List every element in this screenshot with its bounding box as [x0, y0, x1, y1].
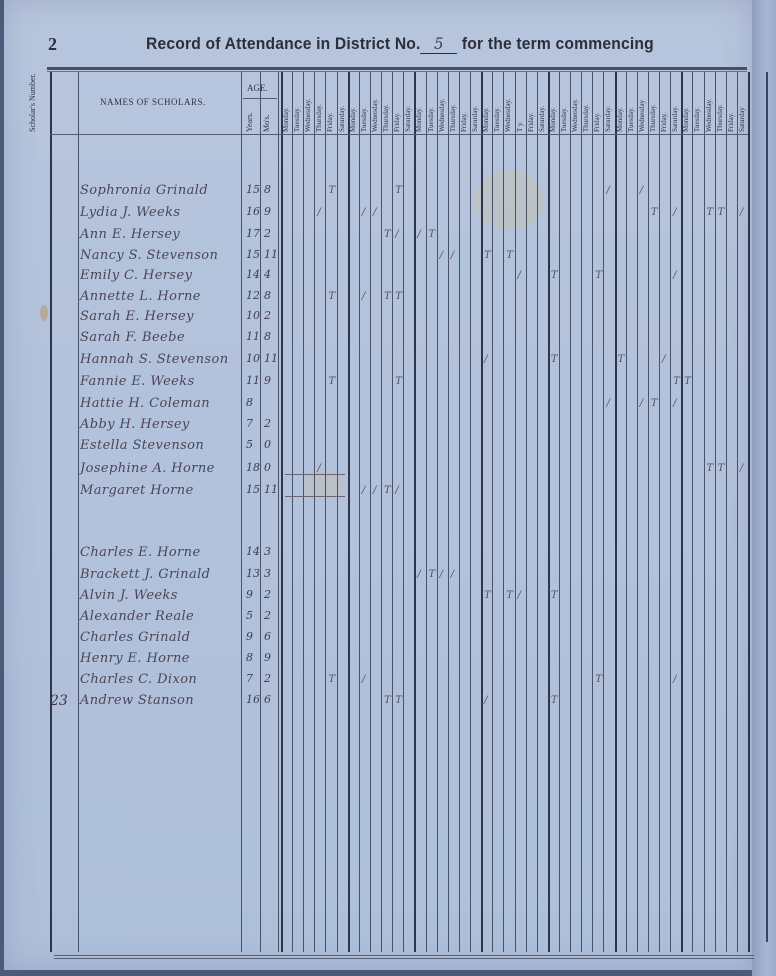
day-header: Saturday.	[471, 76, 479, 132]
attendance-mark: T	[673, 376, 680, 387]
age-years: 5	[246, 609, 253, 622]
age-years: 8	[246, 396, 253, 409]
attendance-mark: T	[328, 291, 335, 302]
day-column-rule	[648, 72, 649, 952]
age-months: 3	[264, 567, 271, 580]
age-years: 18	[246, 461, 260, 474]
day-column-rule	[626, 72, 627, 952]
scholar-row: Charles Grinald96	[0, 630, 776, 650]
attendance-mark: /	[451, 569, 454, 580]
attendance-mark: /	[417, 569, 420, 580]
day-header: Monday.	[282, 76, 290, 132]
attendance-mark: /	[606, 185, 609, 196]
age-months: 2	[264, 588, 271, 601]
day-header: Friday.	[593, 76, 601, 132]
scholar-row: Sophronia Grinald158	[0, 183, 776, 203]
attendance-mark: T	[684, 376, 691, 387]
day-header: T y.	[516, 76, 524, 132]
scholar-name: Josephine A. Horne	[80, 461, 215, 476]
scholar-name: Lydia J. Weeks	[80, 205, 180, 220]
attendance-mark: T	[707, 207, 714, 218]
attendance-mark: /	[673, 398, 676, 409]
age-months: 2	[264, 672, 271, 685]
attendance-mark: /	[395, 485, 398, 496]
attendance-mark: T	[328, 674, 335, 685]
day-header: Monday.	[682, 76, 690, 132]
scholar-name: Emily C. Hersey	[80, 268, 192, 283]
attendance-mark: T	[618, 354, 625, 365]
attendance-mark: T	[651, 398, 658, 409]
footer-rule-thin	[54, 958, 754, 959]
day-header: Wednesday.	[571, 76, 579, 132]
attendance-mark: T	[395, 291, 402, 302]
age-years: 10	[246, 309, 260, 322]
attendance-mark: T	[384, 485, 391, 496]
scholar-name: Abby H. Hersey	[80, 417, 190, 432]
age-years: 15	[246, 483, 260, 496]
age-years: 15	[246, 248, 260, 261]
attendance-mark: /	[362, 674, 365, 685]
attendance-mark: /	[451, 250, 454, 261]
attendance-mark: T	[718, 463, 725, 474]
day-column-rule	[726, 72, 727, 952]
age-years: 16	[246, 693, 260, 706]
scholar-name: Ann E. Hersey	[80, 227, 180, 242]
attendance-mark: T	[551, 270, 558, 281]
scholar-row: Henry E. Horne89	[0, 651, 776, 671]
attendance-mark: T	[328, 376, 335, 387]
page-number: 2	[48, 34, 57, 55]
day-column-rule	[548, 72, 550, 952]
attendance-mark: T	[395, 695, 402, 706]
scholar-name: Charles C. Dixon	[80, 672, 197, 687]
attendance-mark: /	[518, 270, 521, 281]
attendance-mark: /	[440, 569, 443, 580]
day-column-rule	[448, 72, 449, 952]
scholar-row: Abby H. Hersey72	[0, 417, 776, 437]
attendance-mark: /	[606, 398, 609, 409]
day-column-rule	[481, 72, 483, 952]
scholar-row: Emily C. Hersey144	[0, 268, 776, 288]
attendance-mark: /	[373, 485, 376, 496]
scholar-number-header: Scholar's Number.	[28, 82, 37, 132]
day-column-rule	[281, 72, 283, 952]
attendance-mark: T	[484, 250, 491, 261]
day-column-rule	[637, 72, 638, 952]
attendance-mark: /	[673, 270, 676, 281]
attendance-mark: T	[707, 463, 714, 474]
day-header: Friday.	[527, 76, 535, 132]
scholar-name: Hattie H. Coleman	[80, 396, 210, 411]
scholar-row: Fannie E. Weeks119	[0, 374, 776, 394]
attendance-mark: /	[673, 674, 676, 685]
age-months: 2	[264, 609, 271, 622]
scholar-row: Lydia J. Weeks169	[0, 205, 776, 225]
day-column-rule	[537, 72, 538, 952]
day-column-rule	[615, 72, 617, 952]
scholar-name: Fannie E. Weeks	[80, 374, 195, 389]
age-months: 6	[264, 693, 271, 706]
attendance-mark: T	[395, 185, 402, 196]
day-column-rule	[737, 72, 738, 952]
column-rule	[241, 72, 242, 952]
strike-line	[285, 474, 345, 475]
title-suffix: for the term commencing	[462, 34, 654, 53]
attendance-mark: T	[651, 207, 658, 218]
day-header: Thursday.	[449, 76, 457, 132]
day-column-rule	[381, 72, 382, 952]
day-column-rule	[414, 72, 416, 952]
day-column-rule	[603, 72, 604, 952]
day-header: Tuesday.	[693, 76, 701, 132]
age-months: 2	[264, 309, 271, 322]
day-header: Friday.	[727, 76, 735, 132]
age-years: 10	[246, 352, 260, 365]
age-months: 4	[264, 268, 271, 281]
age-months: 11	[264, 248, 278, 261]
age-months: 8	[264, 183, 271, 196]
age-years: 12	[246, 289, 260, 302]
day-header: Wednesday.	[371, 76, 379, 132]
age-years: 14	[246, 268, 260, 281]
attendance-mark: /	[317, 207, 320, 218]
district-number: 5	[421, 34, 458, 54]
attendance-mark: /	[417, 229, 420, 240]
age-months: 11	[264, 483, 278, 496]
day-column-rule	[459, 72, 460, 952]
age-years: 15	[246, 183, 260, 196]
scholar-row: Alexander Reale52	[0, 609, 776, 629]
day-column-rule	[515, 72, 516, 952]
day-column-rule	[592, 72, 593, 952]
age-years: 11	[246, 330, 260, 343]
years-header: Years.	[245, 104, 254, 132]
scholar-name: Sophronia Grinald	[80, 183, 208, 198]
age-years: 13	[246, 567, 260, 580]
scholar-name: Annette L. Horne	[80, 289, 201, 304]
scholar-name: Charles Grinald	[80, 630, 190, 645]
attendance-mark: T	[595, 270, 602, 281]
attendance-mark: /	[440, 250, 443, 261]
attendance-mark: T	[429, 569, 436, 580]
age-months: 8	[264, 330, 271, 343]
names-header: NAMES OF SCHOLARS.	[100, 97, 206, 107]
attendance-mark: /	[662, 354, 665, 365]
age-years: 17	[246, 227, 260, 240]
day-column-rule	[503, 72, 504, 952]
day-column-rule	[526, 72, 527, 952]
day-header: Thursday.	[716, 76, 724, 132]
day-column-rule	[403, 72, 404, 952]
day-header: Monday.	[482, 76, 490, 132]
attendance-mark: T	[395, 376, 402, 387]
scholar-row: Sarah E. Hersey102	[0, 309, 776, 329]
day-column-rule	[292, 72, 293, 952]
attendance-mark: T	[429, 229, 436, 240]
day-header: Thursday.	[315, 76, 323, 132]
day-column-rule	[303, 72, 304, 952]
scholar-number: 23	[50, 693, 68, 709]
day-column-rule	[492, 72, 493, 952]
header-rule	[47, 67, 747, 70]
age-months: 11	[264, 352, 278, 365]
attendance-mark: /	[317, 463, 320, 474]
attendance-mark: T	[506, 590, 513, 601]
day-column-rule	[470, 72, 471, 952]
age-years: 5	[246, 438, 253, 451]
day-column-rule	[692, 72, 693, 952]
day-header: Monday.	[349, 76, 357, 132]
day-column-rule	[426, 72, 427, 952]
scholar-name: Margaret Horne	[80, 483, 194, 498]
age-months: 9	[264, 205, 271, 218]
day-column-rule	[359, 72, 360, 952]
attendance-mark: /	[362, 291, 365, 302]
age-months: 6	[264, 630, 271, 643]
day-column-rule	[715, 72, 716, 952]
age-years: 16	[246, 205, 260, 218]
day-header: Wednesday.	[304, 76, 312, 132]
scholar-row: Charles E. Horne143	[0, 545, 776, 565]
day-column-rule	[570, 72, 571, 952]
day-header: Wednesday.	[705, 76, 713, 132]
scholar-name: Sarah F. Beebe	[80, 330, 185, 345]
age-separator	[243, 98, 277, 99]
scholar-name: Hannah S. Stevenson	[80, 352, 229, 367]
strike-line	[285, 496, 345, 497]
day-header: Tuesday.	[360, 76, 368, 132]
age-years: 7	[246, 417, 253, 430]
scholar-row: Charles C. Dixon72	[0, 672, 776, 692]
attendance-mark: T	[551, 354, 558, 365]
day-column-rule	[392, 72, 393, 952]
title-prefix: Record of Attendance in District No.	[146, 34, 421, 53]
day-column-rule	[748, 72, 750, 952]
day-column-rule	[348, 72, 350, 952]
day-header: Saturday.	[538, 76, 546, 132]
day-header: Friday.	[393, 76, 401, 132]
day-header: Thursday.	[582, 76, 590, 132]
attendance-mark: T	[384, 229, 391, 240]
day-header: Saturday	[738, 76, 746, 132]
day-column-rule	[314, 72, 315, 952]
attendance-mark: T	[718, 207, 725, 218]
scholar-name: Sarah E. Hersey	[80, 309, 194, 324]
attendance-mark: /	[740, 463, 743, 474]
day-column-rule	[581, 72, 582, 952]
scholar-name: Andrew Stanson	[80, 693, 194, 708]
scholar-row: Brackett J. Grinald133	[0, 567, 776, 587]
scholar-name: Charles E. Horne	[80, 545, 201, 560]
day-column-rule	[704, 72, 705, 952]
age-months: 9	[264, 651, 271, 664]
attendance-mark: /	[740, 207, 743, 218]
attendance-mark: T	[384, 695, 391, 706]
attendance-mark: T	[384, 291, 391, 302]
attendance-mark: T	[328, 185, 335, 196]
day-column-rule	[659, 72, 660, 952]
day-column-rule	[559, 72, 560, 952]
day-header: Tuesday.	[627, 76, 635, 132]
scholar-row: Estella Stevenson50	[0, 438, 776, 458]
day-header: Saturday.	[404, 76, 412, 132]
day-header: Saturday.	[604, 76, 612, 132]
age-years: 9	[246, 630, 253, 643]
attendance-mark: /	[484, 354, 487, 365]
attendance-mark: /	[518, 590, 521, 601]
day-header: Monday.	[616, 76, 624, 132]
day-header: Friday.	[460, 76, 468, 132]
attendance-mark: /	[673, 207, 676, 218]
attendance-mark: /	[362, 207, 365, 218]
scholar-row: Hannah S. Stevenson1011	[0, 352, 776, 372]
scholar-name: Brackett J. Grinald	[80, 567, 210, 582]
scholar-name: Estella Stevenson	[80, 438, 204, 453]
column-rule	[50, 72, 52, 952]
column-rule	[78, 72, 79, 952]
age-months: 3	[264, 545, 271, 558]
attendance-mark: T	[484, 590, 491, 601]
column-rule	[278, 72, 279, 952]
scholar-name: Henry E. Horne	[80, 651, 190, 666]
months-header: Mo's.	[262, 104, 271, 132]
scholar-row: Josephine A. Horne180	[0, 461, 776, 481]
day-header: Tuesday.	[427, 76, 435, 132]
day-column-rule	[437, 72, 438, 952]
age-months: 2	[264, 227, 271, 240]
day-header: Saturday.	[338, 76, 346, 132]
day-header: Tuesday.	[293, 76, 301, 132]
age-months: 0	[264, 461, 271, 474]
attendance-mark: /	[362, 485, 365, 496]
attendance-mark: /	[484, 695, 487, 706]
attendance-mark: /	[373, 207, 376, 218]
column-rule	[260, 72, 261, 952]
attendance-mark: /	[395, 229, 398, 240]
day-header: Wednesday.	[438, 76, 446, 132]
age-years: 11	[246, 374, 260, 387]
age-header: AGE.	[247, 83, 268, 93]
age-months: 9	[264, 374, 271, 387]
day-header: Tuesday.	[493, 76, 501, 132]
day-header: Monday.	[415, 76, 423, 132]
footer-rule	[54, 955, 754, 956]
attendance-mark: T	[506, 250, 513, 261]
day-column-rule	[670, 72, 671, 952]
attendance-mark: /	[640, 185, 643, 196]
age-years: 8	[246, 651, 253, 664]
day-column-rule	[681, 72, 683, 952]
day-header: Thursday.	[649, 76, 657, 132]
scholar-name: Alvin J. Weeks	[80, 588, 178, 603]
age-years: 14	[246, 545, 260, 558]
attendance-mark: T	[595, 674, 602, 685]
scholar-row: Sarah F. Beebe118	[0, 330, 776, 350]
day-header: Friday.	[660, 76, 668, 132]
header-rule-thin	[47, 71, 747, 72]
day-column-rule	[325, 72, 326, 952]
scholar-row: Nancy S. Stevenson1511	[0, 248, 776, 268]
page-title: Record of Attendance in District No.5 fo…	[146, 34, 654, 54]
age-months: 0	[264, 438, 271, 451]
scholar-row: Hattie H. Coleman8	[0, 396, 776, 416]
day-header: Thursday.	[382, 76, 390, 132]
age-years: 9	[246, 588, 253, 601]
day-header: Friday.	[326, 76, 334, 132]
scholar-name: Nancy S. Stevenson	[80, 248, 218, 263]
attendance-mark: /	[640, 398, 643, 409]
scholar-row: Alvin J. Weeks92	[0, 588, 776, 608]
day-header: Tuesday.	[560, 76, 568, 132]
attendance-mark: T	[551, 695, 558, 706]
day-column-rule	[337, 72, 338, 952]
day-header: Monday.	[549, 76, 557, 132]
attendance-mark: T	[551, 590, 558, 601]
age-months: 2	[264, 417, 271, 430]
day-column-rule	[370, 72, 371, 952]
age-months: 8	[264, 289, 271, 302]
header-separator	[50, 134, 748, 135]
day-header: Wednesday	[638, 76, 646, 132]
day-header: Wednesday.	[504, 76, 512, 132]
scholar-name: Alexander Reale	[80, 609, 194, 624]
age-years: 7	[246, 672, 253, 685]
day-header: Saturday.	[671, 76, 679, 132]
